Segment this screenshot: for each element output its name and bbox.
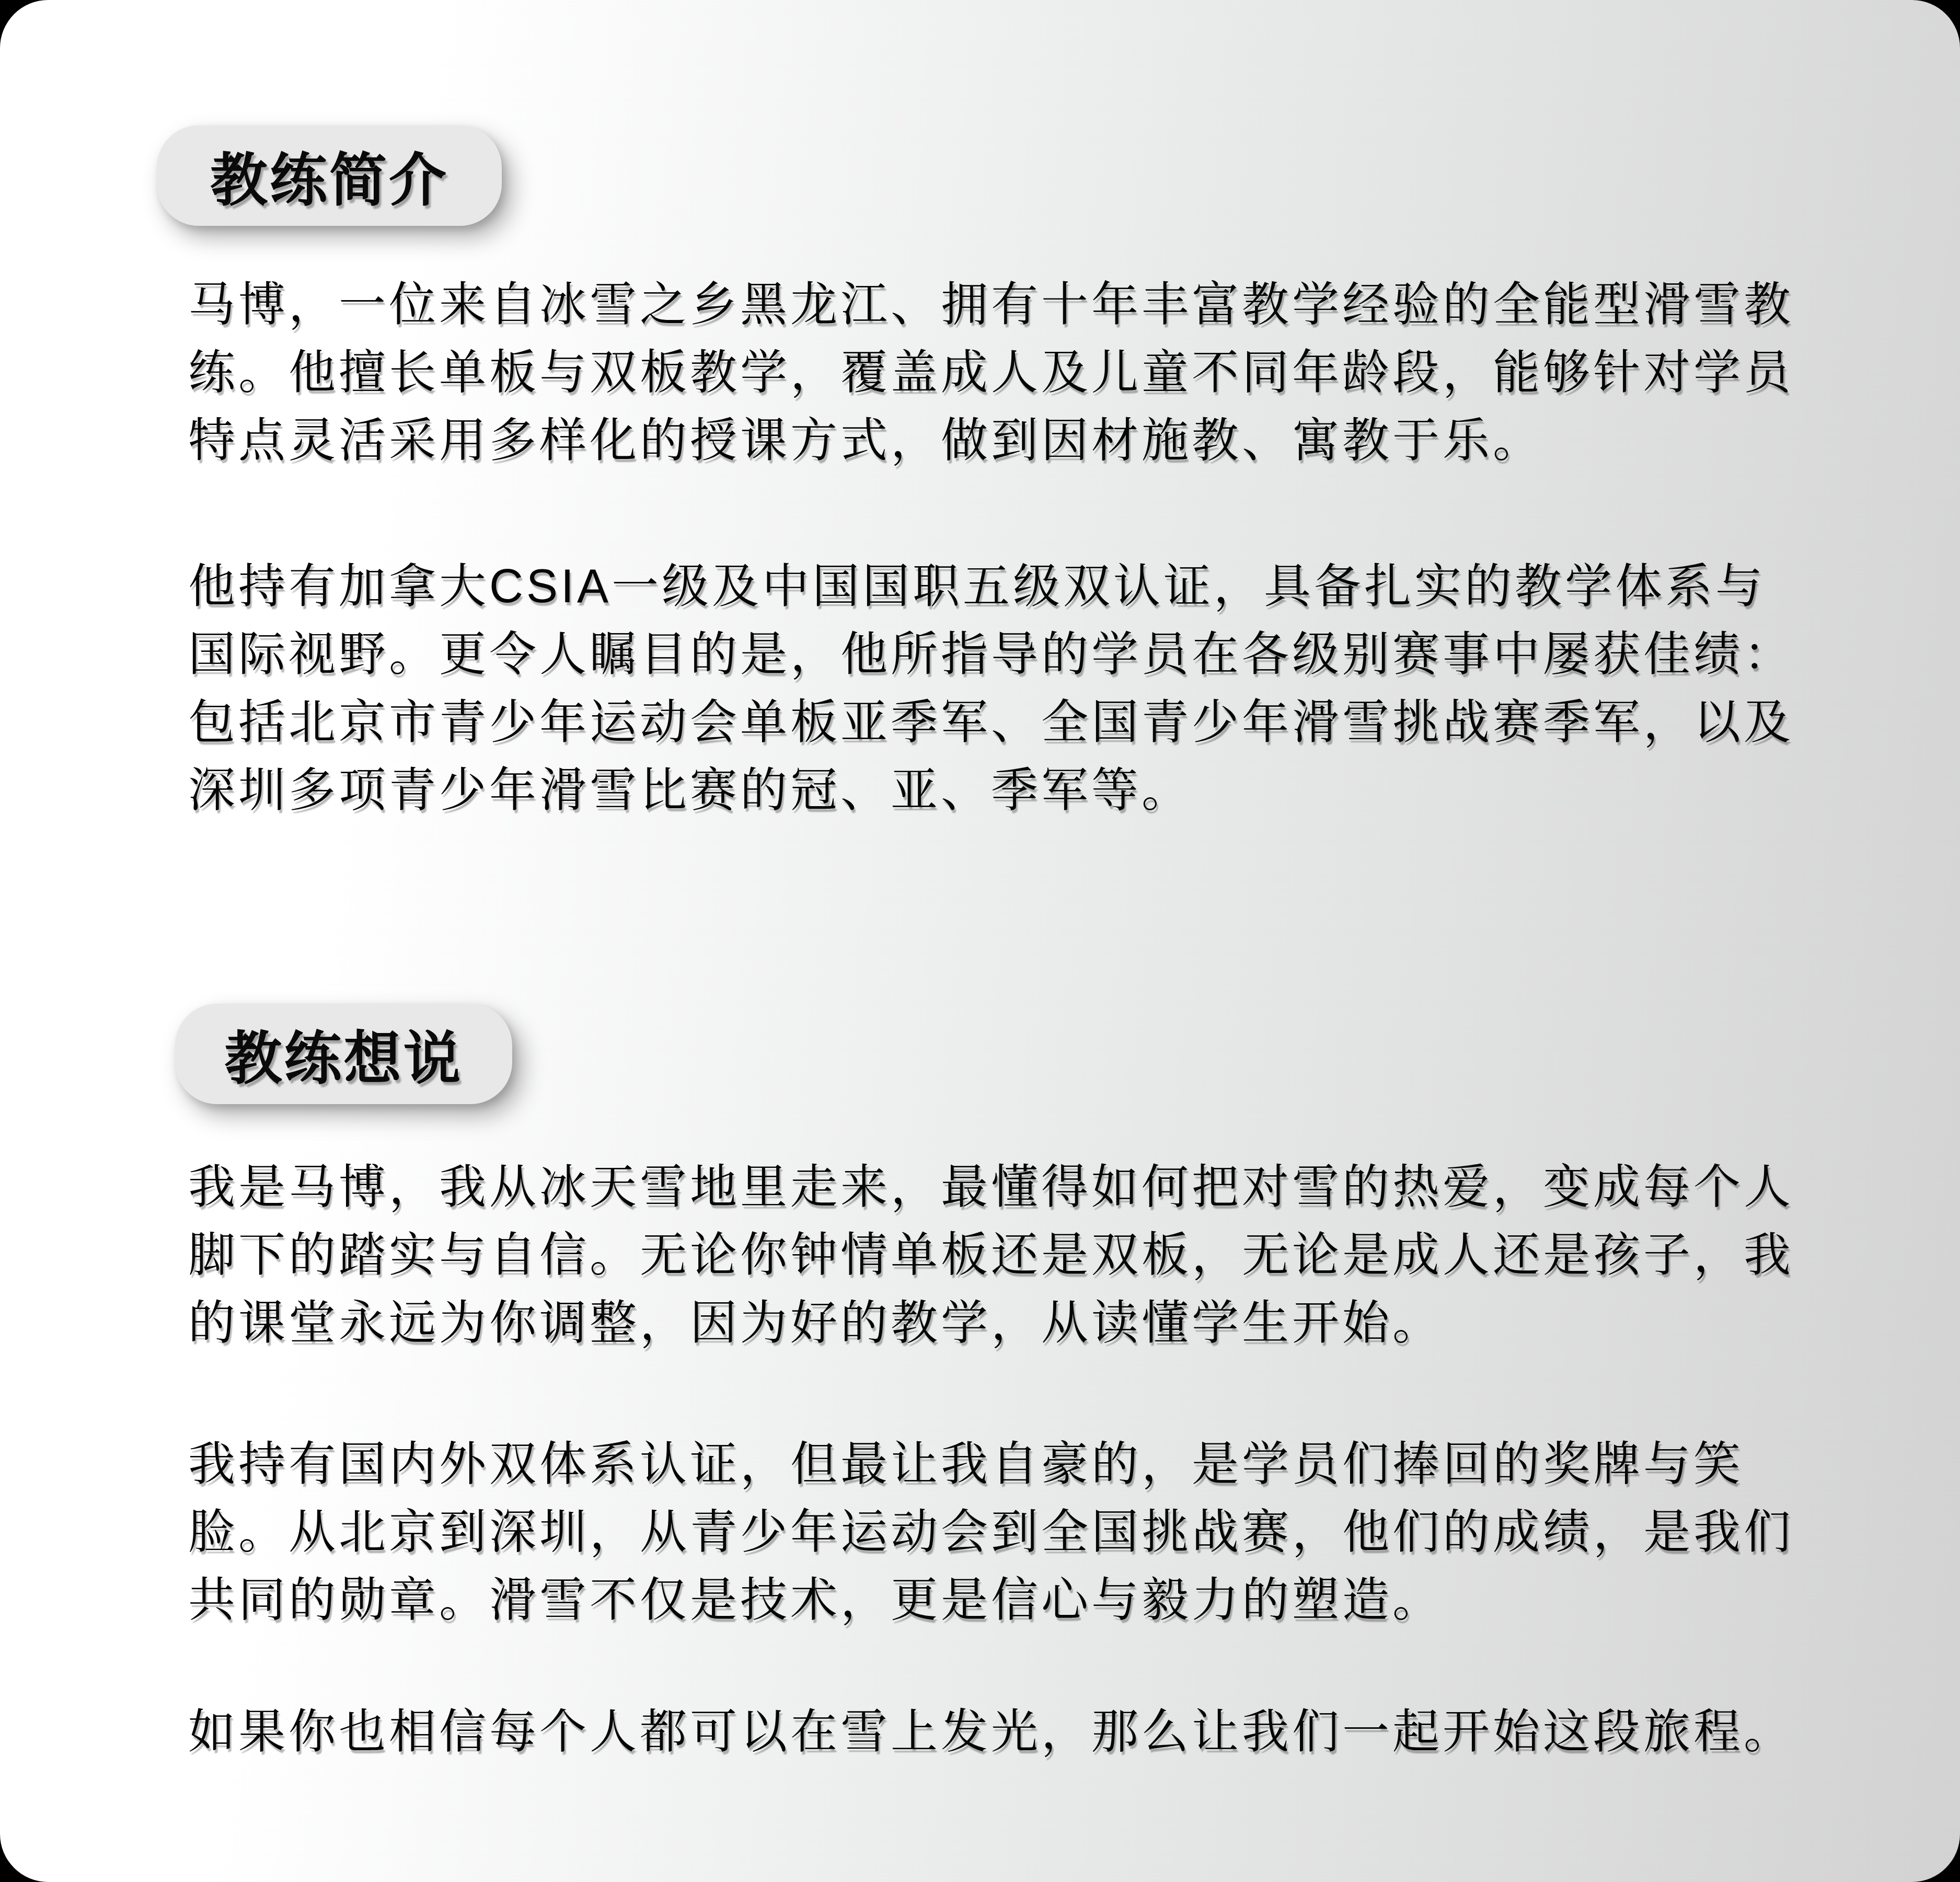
badge-coach-message-label: 教练想说 bbox=[225, 1013, 463, 1095]
badge-coach-message: 教练想说 bbox=[175, 1004, 512, 1104]
coach-message-paragraph-2: 我持有国内外双体系认证，但最让我自豪的，是学员们捧回的奖牌与笑 脸。从北京到深圳… bbox=[188, 1430, 1840, 1634]
coach-profile-card: 教练简介 马博，一位来自冰雪之乡黑龙江、拥有十年丰富教学经验的全能型滑雪教 练。… bbox=[0, 0, 1960, 1882]
coach-intro-paragraph-1: 马博，一位来自冰雪之乡黑龙江、拥有十年丰富教学经验的全能型滑雪教 练。他擅长单板… bbox=[188, 271, 1840, 475]
coach-intro-paragraph-2: 他持有加拿大CSIA一级及中国国职五级双认证，具备扎实的教学体系与 国际视野。更… bbox=[188, 553, 1840, 824]
badge-coach-intro: 教练简介 bbox=[157, 125, 502, 226]
coach-message-paragraph-3: 如果你也相信每个人都可以在雪上发光，那么让我们一起开始这段旅程。 bbox=[188, 1698, 1840, 1766]
badge-coach-intro-label: 教练简介 bbox=[210, 134, 448, 217]
page: { "card": { "outer_background": "#000000… bbox=[0, 0, 1960, 1882]
coach-message-paragraph-1: 我是马博，我从冰天雪地里走来，最懂得如何把对雪的热爱，变成每个人 脚下的踏实与自… bbox=[188, 1153, 1840, 1357]
